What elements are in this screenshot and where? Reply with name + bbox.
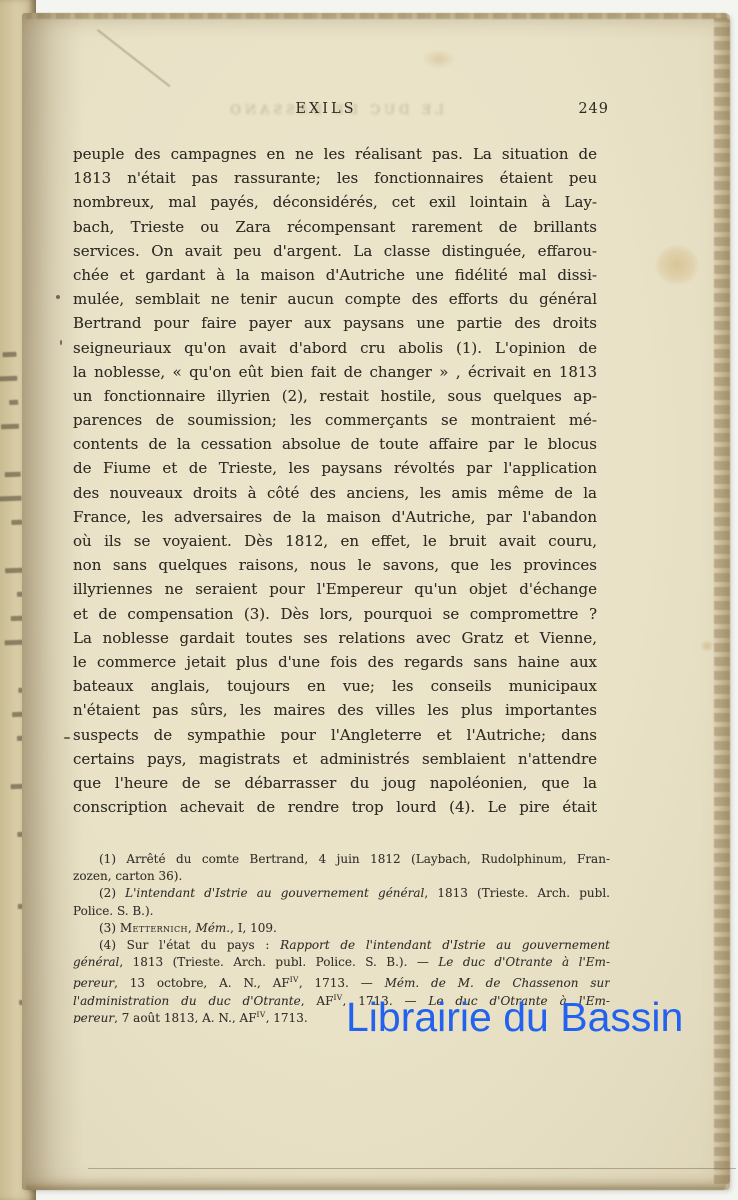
body-line: certains pays, magistrats et administrés… bbox=[73, 747, 597, 771]
body-line: mulée, semblait ne tenir aucun compte de… bbox=[73, 287, 597, 311]
page-number: 249 bbox=[578, 101, 609, 117]
paper-crease bbox=[97, 29, 170, 87]
ink-speck bbox=[56, 295, 60, 299]
book-photo: LE DUC DE BASSANO EXILS 249 peuple des c… bbox=[0, 0, 738, 1200]
underlying-page-line bbox=[88, 1168, 736, 1169]
body-line: le commerce jetait plus d'une fois des r… bbox=[73, 650, 597, 674]
footnote-line: zozen, carton 36). bbox=[73, 868, 610, 885]
body-line: bach, Trieste ou Zara récompensant rarem… bbox=[73, 215, 597, 239]
body-line: peuple des campagnes en ne les réalisant… bbox=[73, 142, 597, 166]
ink-speck bbox=[60, 340, 62, 345]
body-line: la noblesse, « qu'on eût bien fait de ch… bbox=[73, 360, 597, 384]
body-line: services. On avait peu d'argent. La clas… bbox=[73, 239, 597, 263]
body-line: suspects de sympathie pour l'Angleterre … bbox=[73, 723, 597, 747]
page-bottom-edge bbox=[26, 1177, 726, 1190]
footnote-line: pereur, 13 octobre, A. N., AFIV, 1713. —… bbox=[73, 971, 610, 988]
page-top-edge bbox=[26, 13, 727, 19]
body-line: et de compensation (3). Dès lors, pourqu… bbox=[73, 602, 597, 626]
footnote-line: (4) Sur l'état du pays : Rapport de l'in… bbox=[73, 937, 610, 954]
body-line: où ils se voyaient. Dès 1812, en effet, … bbox=[73, 529, 597, 553]
watermark: Librairie du Bassin bbox=[346, 997, 683, 1038]
body-line: chée et gardant à la maison d'Autriche u… bbox=[73, 263, 597, 287]
body-line: conscription achevait de rendre trop lou… bbox=[73, 795, 597, 819]
body-line: de Fiume et de Trieste, les paysans révo… bbox=[73, 456, 597, 480]
footnote-line: (1) Arrêté du comte Bertrand, 4 juin 181… bbox=[73, 851, 610, 868]
foxing-spot bbox=[422, 49, 456, 69]
body-line: non sans quelques raisons, nous le savon… bbox=[73, 553, 597, 577]
ink-speck bbox=[64, 737, 70, 739]
body-line: que l'heure de se débarrasser du joug na… bbox=[73, 771, 597, 795]
body-line: parences de soumission; les commerçants … bbox=[73, 408, 597, 432]
footnote-line: général, 1813 (Trieste. Arch. publ. Poli… bbox=[73, 954, 610, 971]
footnote-line: (2) L'intendant d'Istrie au gouvernement… bbox=[73, 885, 610, 902]
footnote-line: (3) Metternich, Mém., I, 109. bbox=[73, 920, 610, 937]
body-line: nombreux, mal payés, déconsidérés, cet e… bbox=[73, 190, 597, 214]
body-line: un fonctionnaire illyrien (2), restait h… bbox=[73, 384, 597, 408]
body-line: seigneuriaux qu'on avait d'abord cru abo… bbox=[73, 336, 597, 360]
foxing-spot bbox=[700, 640, 714, 652]
body-line: bateaux anglais, toujours en vue; les co… bbox=[73, 674, 597, 698]
foxing-spot bbox=[655, 245, 699, 285]
footnote-line: Police. S. B.). bbox=[73, 903, 610, 920]
body-line: des nouveaux droits à côté des anciens, … bbox=[73, 481, 597, 505]
body-line: 1813 n'était pas rassurante; les fonctio… bbox=[73, 166, 597, 190]
page-right-deckle-edge bbox=[714, 18, 730, 1184]
body-line: Bertrand pour faire payer aux paysans un… bbox=[73, 311, 597, 335]
running-header-title: EXILS bbox=[64, 101, 588, 117]
body-line: France, les adversaires de la maison d'A… bbox=[73, 505, 597, 529]
body-line: illyriennes ne seraient pour l'Empereur … bbox=[73, 577, 597, 601]
running-header: LE DUC DE BASSANO EXILS 249 bbox=[73, 101, 597, 121]
body-line: La noblesse gardait toutes ses relations… bbox=[73, 626, 597, 650]
body-text: peuple des campagnes en ne les réalisant… bbox=[73, 142, 597, 819]
body-line: contents de la cessation absolue de tout… bbox=[73, 432, 597, 456]
body-line: n'étaient pas sûrs, les maires des ville… bbox=[73, 698, 597, 722]
